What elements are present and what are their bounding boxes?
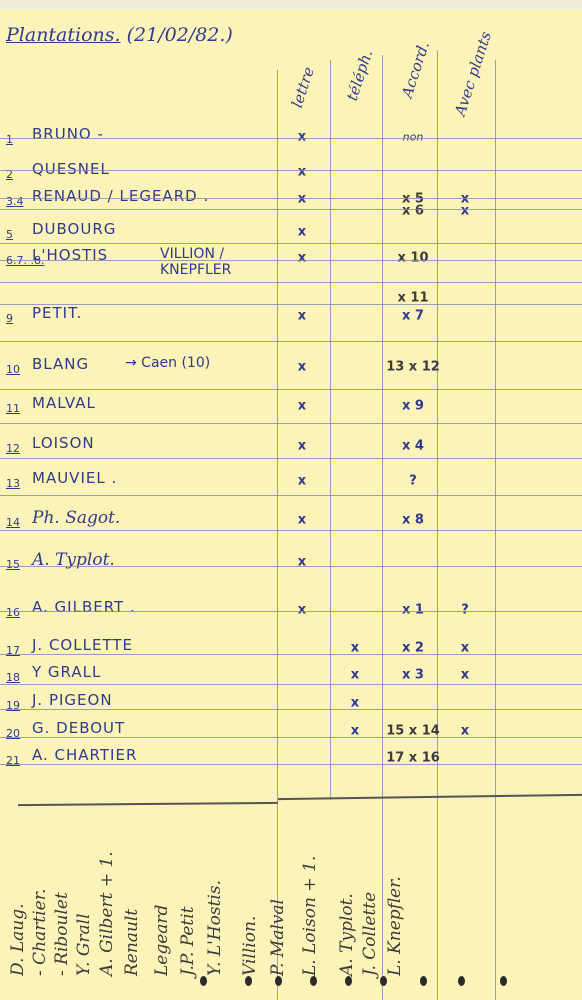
bullet-dot bbox=[380, 976, 387, 986]
row-name: BRUNO - bbox=[32, 125, 104, 143]
teleph-mark: x bbox=[351, 668, 359, 683]
bottom-list-item: Legeard bbox=[152, 905, 172, 976]
ruled-line bbox=[0, 423, 582, 424]
bottom-list-item: - Chartier. bbox=[30, 889, 50, 976]
lettre-mark: x bbox=[298, 603, 306, 618]
ruled-line bbox=[0, 458, 582, 459]
row-number: 20 bbox=[6, 727, 20, 740]
lettre-mark: x bbox=[298, 513, 306, 528]
row-number: 19 bbox=[6, 699, 20, 712]
bottom-list-item: D. Laug. bbox=[8, 904, 28, 977]
avec-mark: x bbox=[461, 204, 469, 219]
accord-mark: x 3 bbox=[402, 668, 424, 683]
bottom-list-item: A. Typlot. bbox=[337, 893, 357, 976]
bottom-list-item: - Riboulet bbox=[52, 892, 72, 976]
lettre-mark: x bbox=[298, 439, 306, 454]
bottom-list-item: Y. Grall bbox=[74, 913, 94, 976]
row-name: G. DEBOUT bbox=[32, 719, 125, 737]
accord-mark: x 9 bbox=[402, 399, 424, 414]
ruled-line bbox=[0, 709, 582, 710]
ruled-line bbox=[0, 684, 582, 685]
notebook-page: Plantations. (21/02/82.) lettre téléph. … bbox=[0, 10, 582, 1000]
ruled-line bbox=[0, 611, 582, 612]
bullet-dot bbox=[420, 976, 427, 986]
lettre-mark: x bbox=[298, 555, 306, 570]
bullet-dot bbox=[345, 976, 352, 986]
bullet-dot bbox=[458, 976, 465, 986]
avec-mark: ? bbox=[461, 603, 469, 618]
ruled-line bbox=[0, 209, 582, 210]
title-label: Plantations. bbox=[6, 24, 121, 46]
ruled-line bbox=[0, 138, 582, 139]
row-name: PETIT. bbox=[32, 304, 82, 322]
row-name: Y GRALL bbox=[32, 663, 101, 681]
avec-mark: x bbox=[461, 668, 469, 683]
column-header-accord: Accord. bbox=[398, 39, 433, 100]
bottom-list-item: Villion. bbox=[240, 916, 260, 976]
separator-line bbox=[278, 794, 582, 800]
bottom-list-item: J.P. Petit bbox=[178, 906, 198, 976]
accord-mark: x 1 bbox=[402, 603, 424, 618]
bottom-list-item: P. Malval bbox=[268, 899, 288, 976]
bottom-list-item: Y. L'Hostis. bbox=[205, 880, 225, 976]
column-rule bbox=[437, 50, 438, 1000]
accord-mark: ? bbox=[409, 474, 417, 489]
row-name: J. PIGEON bbox=[32, 691, 113, 709]
row-name: A. GILBERT . bbox=[32, 598, 136, 616]
accord-mark: x 4 bbox=[402, 439, 424, 454]
row-note: → Caen (10) bbox=[125, 355, 210, 371]
ruled-line bbox=[0, 389, 582, 390]
row-name: MAUVIEL . bbox=[32, 469, 117, 487]
lettre-mark: x bbox=[298, 399, 306, 414]
ruled-line bbox=[0, 243, 582, 244]
lettre-mark: x bbox=[298, 225, 306, 240]
ruled-line bbox=[0, 304, 582, 305]
column-header-telephone: téléph. bbox=[343, 47, 376, 103]
row-name: A. Typlot. bbox=[32, 550, 115, 570]
bottom-list-item: L. Knepfler. bbox=[385, 876, 405, 976]
lettre-mark: x bbox=[298, 309, 306, 324]
bottom-list-item: Renault bbox=[122, 909, 142, 976]
row-number: 5 bbox=[6, 228, 13, 241]
ruled-line bbox=[0, 737, 582, 738]
column-header-lettre: lettre bbox=[288, 65, 318, 110]
accord-mark: x 8 bbox=[402, 513, 424, 528]
row-number: 1 bbox=[6, 133, 13, 146]
bullet-dot bbox=[200, 976, 207, 986]
separator-line bbox=[18, 802, 278, 806]
row-name: J. COLLETTE bbox=[32, 636, 133, 654]
lettre-mark: x bbox=[298, 360, 306, 375]
lettre-mark: x bbox=[298, 192, 306, 207]
row-note: VILLION / KNEPFLER bbox=[160, 246, 270, 278]
ruled-line bbox=[0, 495, 582, 496]
row-name: LOISON bbox=[32, 434, 95, 452]
row-number: 17 bbox=[6, 644, 20, 657]
bottom-list-item: L. Loison + 1. bbox=[300, 856, 320, 976]
row-name: BLANG bbox=[32, 355, 89, 373]
row-name: MALVAL bbox=[32, 394, 96, 412]
bullet-dot bbox=[245, 976, 252, 986]
bullet-dot bbox=[500, 976, 507, 986]
column-rule bbox=[330, 60, 331, 800]
row-number: 14 bbox=[6, 516, 20, 529]
row-number: 11 bbox=[6, 402, 20, 415]
column-header-avec-plants: Avec plants bbox=[451, 29, 495, 118]
lettre-mark: x bbox=[298, 474, 306, 489]
ruled-line bbox=[0, 654, 582, 655]
lettre-mark: x bbox=[298, 130, 306, 145]
lettre-mark: x bbox=[298, 251, 306, 266]
ruled-line bbox=[0, 260, 582, 261]
row-number: 12 bbox=[6, 442, 20, 455]
row-name: A. CHARTIER bbox=[32, 746, 137, 764]
column-rule bbox=[382, 55, 383, 1000]
accord-mark: 13 x 12 bbox=[386, 360, 440, 375]
row-name: DUBOURG bbox=[32, 220, 116, 238]
row-number: 21 bbox=[6, 754, 20, 767]
accord-mark: non bbox=[403, 131, 424, 144]
bullet-dot bbox=[275, 976, 282, 986]
accord-mark: x 6 bbox=[402, 204, 424, 219]
row-name: Ph. Sagot. bbox=[32, 508, 120, 528]
accord-mark: x 10 bbox=[397, 251, 428, 266]
row-number: 3.4 bbox=[6, 195, 24, 208]
row-name: RENAUD / LEGEARD . bbox=[32, 187, 209, 205]
accord-mark: x 7 bbox=[402, 309, 424, 324]
bottom-list-item: J. Collette bbox=[360, 892, 380, 976]
row-number: 9 bbox=[6, 312, 13, 325]
bullet-dot bbox=[310, 976, 317, 986]
lettre-mark: x bbox=[298, 165, 306, 180]
ruled-line bbox=[0, 282, 582, 283]
ruled-line bbox=[0, 764, 582, 765]
row-number: 13 bbox=[6, 477, 20, 490]
ruled-line bbox=[0, 198, 582, 199]
row-number: 15 bbox=[6, 558, 20, 571]
title-date: (21/02/82.) bbox=[127, 24, 233, 46]
ruled-line bbox=[0, 170, 582, 171]
ruled-line bbox=[0, 566, 582, 567]
row-name: L'HOSTIS bbox=[32, 246, 108, 264]
row-number: 16 bbox=[6, 606, 20, 619]
row-number: 10 bbox=[6, 363, 20, 376]
page-title: Plantations. (21/02/82.) bbox=[6, 24, 233, 46]
bottom-list-item: A. Gilbert + 1. bbox=[97, 851, 117, 976]
ruled-line bbox=[0, 341, 582, 342]
row-name: QUESNEL bbox=[32, 160, 110, 178]
ruled-line bbox=[0, 530, 582, 531]
row-number: 18 bbox=[6, 671, 20, 684]
